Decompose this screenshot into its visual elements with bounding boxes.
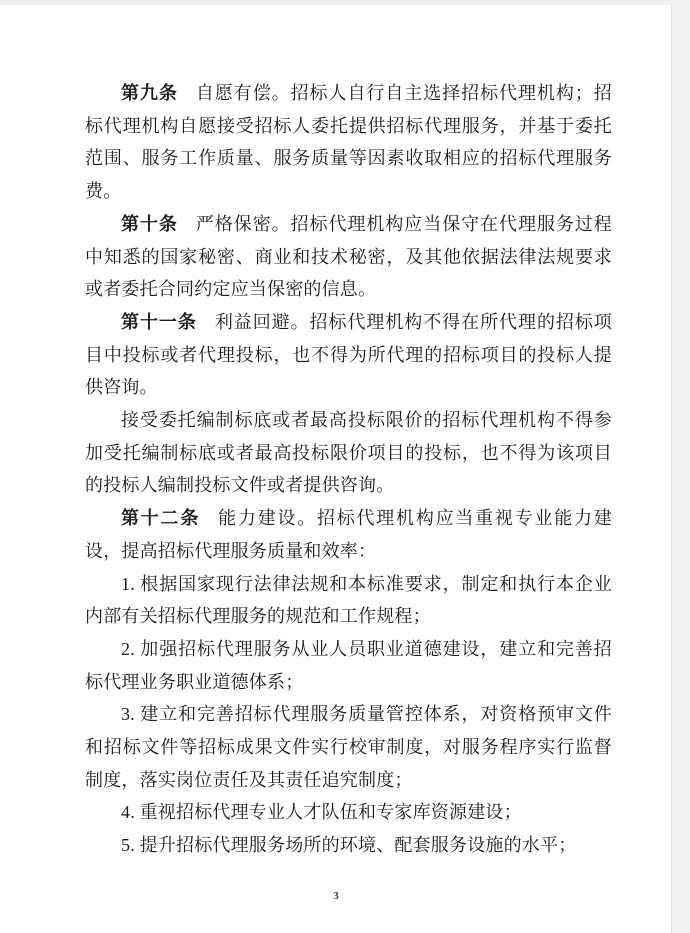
article-number: 第十二条 [121, 508, 200, 528]
paragraph-text: 接受委托编制标底或者最高投标限价的招标代理机构不得参加受托编制标底或者最高投标限… [85, 410, 612, 495]
paragraph-text: 2. 加强招标代理服务从业人员职业道德建设，建立和完善招标代理业务职业道德体系； [85, 639, 612, 692]
page-content: 第九条自愿有偿。招标人自行自主选择招标代理机构；招标代理机构自愿接受招标人委托提… [85, 77, 612, 862]
page-number: 3 [333, 890, 339, 902]
document-viewer-canvas: 第九条自愿有偿。招标人自行自主选择招标代理机构；招标代理机构自愿接受招标人委托提… [0, 0, 690, 933]
paragraph: 1. 根据国家现行法律法规和本标准要求，制定和执行本企业内部有关招标代理服务的规… [85, 568, 612, 633]
paragraph: 4. 重视招标代理专业人才队伍和专家库资源建设； [85, 796, 612, 829]
document-page: 第九条自愿有偿。招标人自行自主选择招标代理机构；招标代理机构自愿接受招标人委托提… [0, 5, 672, 933]
paragraph-text: 4. 重视招标代理专业人才队伍和专家库资源建设； [121, 802, 522, 822]
paragraph-text: 1. 根据国家现行法律法规和本标准要求，制定和执行本企业内部有关招标代理服务的规… [85, 574, 612, 627]
paragraph-text: 3. 建立和完善招标代理服务质量管控体系，对资格预审文件和招标文件等招标成果文件… [85, 704, 612, 789]
paragraph: 5. 提升招标代理服务场所的环境、配套服务设施的水平； [85, 829, 612, 862]
paragraph-text: 5. 提升招标代理服务场所的环境、配套服务设施的水平； [121, 835, 576, 855]
paragraph: 第九条自愿有偿。招标人自行自主选择招标代理机构；招标代理机构自愿接受招标人委托提… [85, 77, 612, 208]
paragraph: 接受委托编制标底或者最高投标限价的招标代理机构不得参加受托编制标底或者最高投标限… [85, 404, 612, 502]
paragraph: 第十一条利益回避。招标代理机构不得在所代理的招标项目中投标或者代理投标，也不得为… [85, 306, 612, 404]
article-number: 第九条 [121, 83, 178, 103]
paragraph: 第十二条能力建设。招标代理机构应当重视专业能力建设，提高招标代理服务质量和效率： [85, 502, 612, 567]
paragraph: 3. 建立和完善招标代理服务质量管控体系，对资格预审文件和招标文件等招标成果文件… [85, 698, 612, 796]
article-number: 第十条 [121, 214, 178, 234]
page-footer: 3 [0, 886, 672, 904]
paragraph: 2. 加强招标代理服务从业人员职业道德建设，建立和完善招标代理业务职业道德体系； [85, 633, 612, 698]
article-number: 第十一条 [121, 312, 197, 332]
paragraph: 第十条严格保密。招标代理机构应当保守在代理服务过程中知悉的国家秘密、商业和技术秘… [85, 208, 612, 306]
